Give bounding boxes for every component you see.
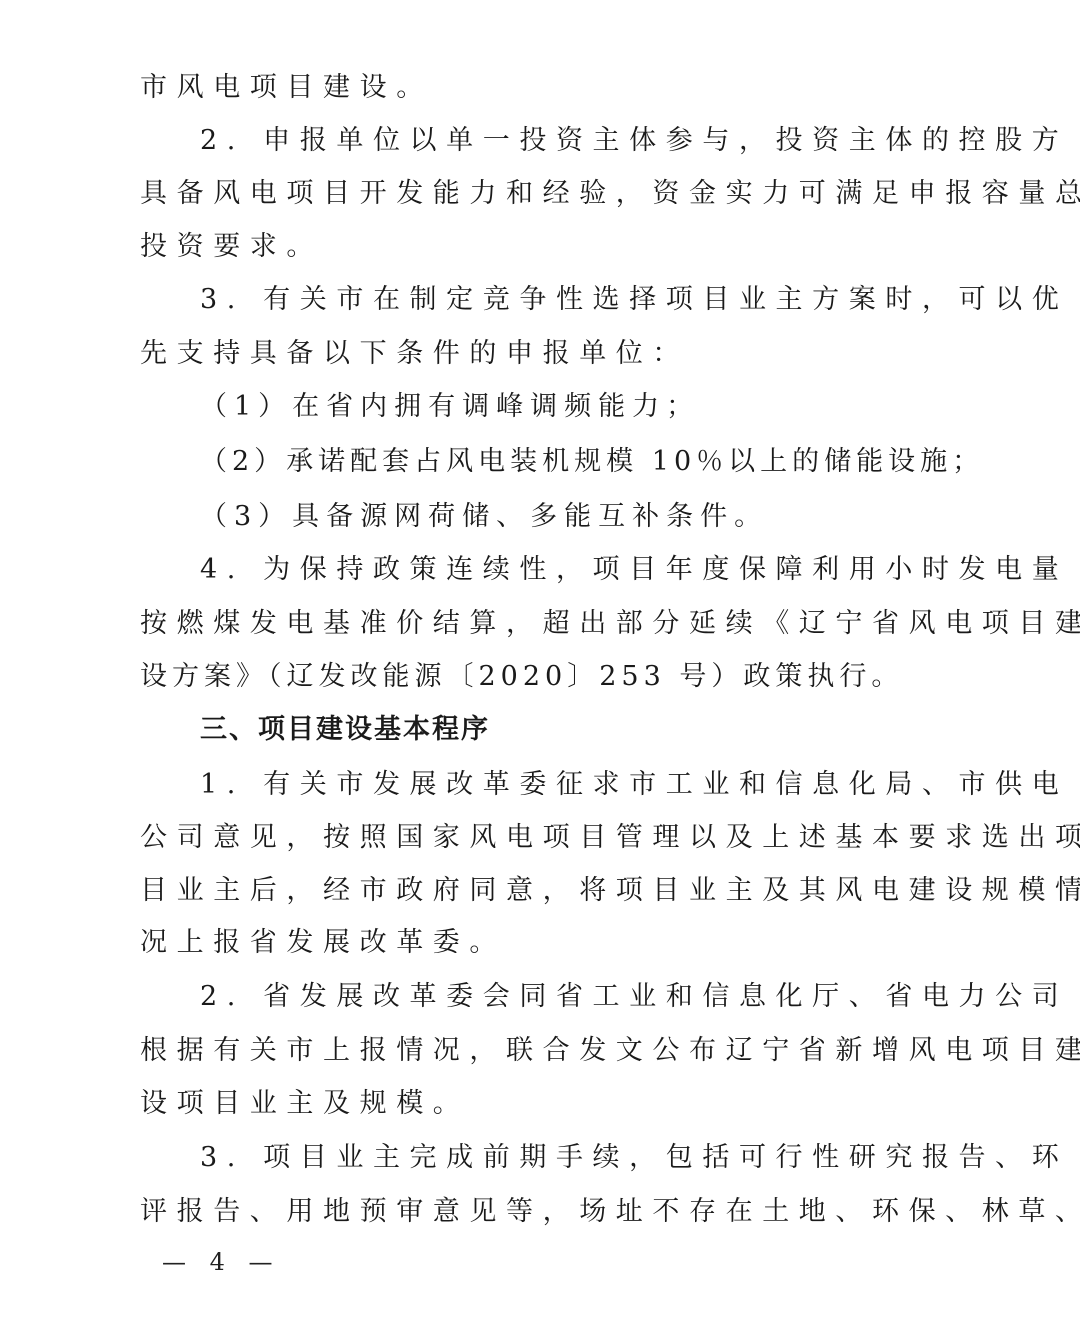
text-line: 先支持具备以下条件的申报单位：	[140, 334, 940, 374]
list-item: （2）承诺配套占风电装机规模 10％以上的储能设施；	[200, 442, 940, 482]
section-heading: 三、项目建设基本程序	[200, 710, 940, 750]
text-line: 2. 申报单位以单一投资主体参与，投资主体的控股方	[200, 121, 940, 161]
text-line: 设方案》（辽发改能源〔2020〕253 号）政策执行。	[140, 657, 940, 697]
text-line: 评报告、用地预审意见等，场址不存在土地、环保、林草、	[140, 1192, 940, 1232]
text-line: 目业主后，经市政府同意，将项目业主及其风电建设规模情	[140, 871, 940, 911]
list-item: （1）在省内拥有调峰调频能力；	[200, 387, 940, 427]
text-line: 公司意见，按照国家风电项目管理以及上述基本要求选出项	[140, 818, 940, 858]
text-line: 1. 有关市发展改革委征求市工业和信息化局、市供电	[200, 765, 940, 805]
text-line: 具备风电项目开发能力和经验，资金实力可满足申报容量总	[140, 174, 940, 214]
text-line: 4. 为保持政策连续性，项目年度保障利用小时发电量	[200, 550, 940, 590]
text-line: 3. 有关市在制定竞争性选择项目业主方案时，可以优	[200, 280, 940, 320]
text-line: 市风电项目建设。	[140, 68, 940, 108]
text-line: 设项目业主及规模。	[140, 1084, 940, 1124]
text-line: 2. 省发展改革委会同省工业和信息化厅、省电力公司	[200, 977, 940, 1017]
text-line: 3. 项目业主完成前期手续，包括可行性研究报告、环	[200, 1138, 940, 1178]
text-line: 根据有关市上报情况，联合发文公布辽宁省新增风电项目建	[140, 1031, 940, 1071]
document-page: 市风电项目建设。 2. 申报单位以单一投资主体参与，投资主体的控股方 具备风电项…	[0, 0, 1080, 1344]
text-line: 按燃煤发电基准价结算，超出部分延续《辽宁省风电项目建	[140, 604, 940, 644]
page-number: — 4 —	[162, 1244, 281, 1280]
text-line: 况上报省发展改革委。	[140, 923, 940, 963]
text-line: 投资要求。	[140, 227, 940, 267]
list-item: （3）具备源网荷储、多能互补条件。	[200, 497, 940, 537]
